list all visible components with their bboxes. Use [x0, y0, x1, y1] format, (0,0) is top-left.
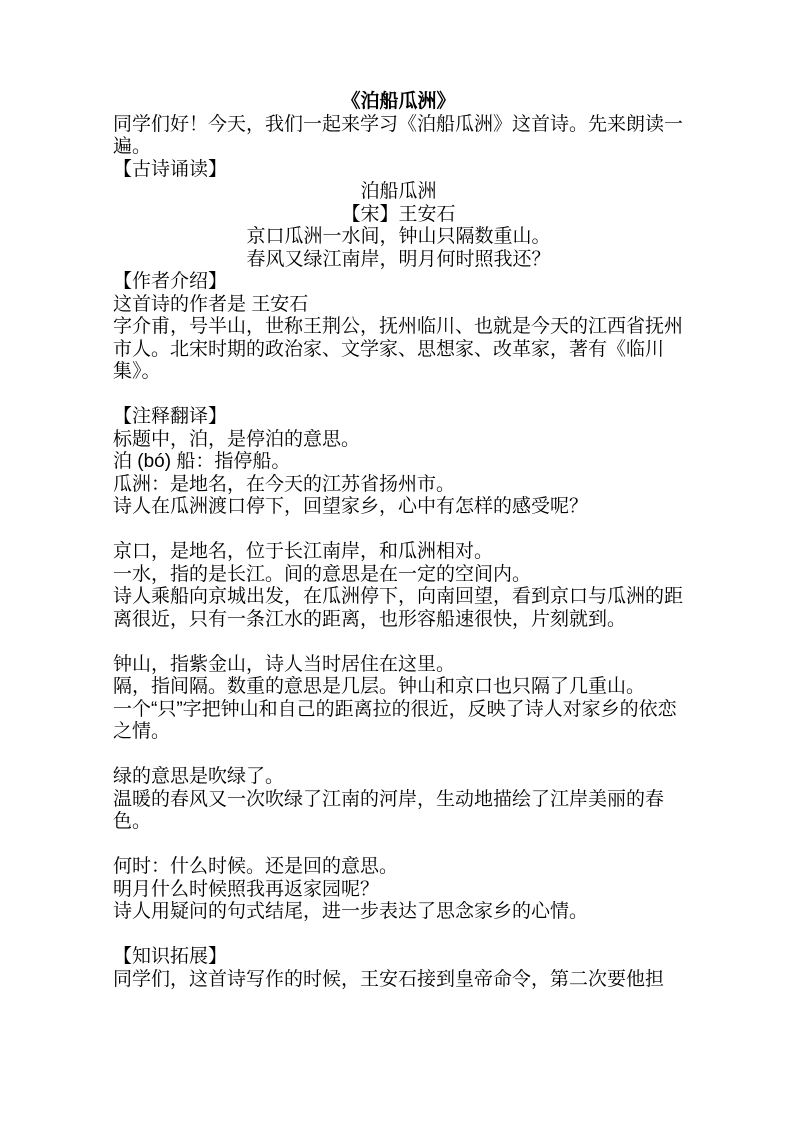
author-intro-paragraph: 字介甫，号半山，世称王荆公，抚州临川、也就是今天的江西省抚州市人。北宋时期的政治…: [113, 316, 684, 384]
annotation-paragraph: 诗人在瓜洲渡口停下，回望家乡，心中有怎样的感受呢？: [113, 496, 684, 519]
annotation-paragraph: 诗人乘船向京城出发，在瓜洲停下，向南回望，看到京口与瓜洲的距离很近，只有一条江水…: [113, 586, 684, 631]
section-heading-author-intro: 【作者介绍】: [113, 271, 684, 294]
poem-author: 【宋】王安石: [113, 204, 684, 227]
section-heading-recitation: 【古诗诵读】: [113, 159, 684, 182]
poem-line-2: 春风又绿江南岸，明月何时照我还？: [113, 249, 684, 272]
annotation-paragraph: 隔，指间隔。数重的意思是几层。钟山和京口也只隔了几重山。: [113, 676, 684, 699]
blank-line: [113, 384, 684, 407]
blank-line: [113, 519, 684, 542]
annotation-paragraph: 诗人用疑问的句式结尾，进一步表达了思念家乡的心情。: [113, 901, 684, 924]
section-heading-extension: 【知识拓展】: [113, 946, 684, 969]
author-intro-paragraph: 这首诗的作者是 王安石: [113, 294, 684, 317]
blank-line: [113, 834, 684, 857]
annotation-paragraph: 一个“只”字把钟山和自己的距离拉的很近，反映了诗人对家乡的依恋之情。: [113, 699, 684, 744]
annotation-paragraph: 瓜洲：是地名，在今天的江苏省扬州市。: [113, 474, 684, 497]
intro-paragraph: 同学们好！今天，我们一起来学习《泊船瓜洲》这首诗。先来朗读一遍。: [113, 114, 684, 159]
blank-line: [113, 924, 684, 947]
annotation-paragraph: 一水，指的是长江。间的意思是在一定的空间内。: [113, 564, 684, 587]
annotation-paragraph: 钟山，指紫金山，诗人当时居住在这里。: [113, 654, 684, 677]
annotation-paragraph: 绿的意思是吹绿了。: [113, 766, 684, 789]
extension-paragraph: 同学们，这首诗写作的时候，王安石接到皇帝命令，第二次要他担: [113, 969, 684, 992]
annotation-paragraph: 标题中，泊，是停泊的意思。: [113, 429, 684, 452]
section-heading-annotations: 【注释翻译】: [113, 406, 684, 429]
poem-line-1: 京口瓜洲一水间，钟山只隔数重山。: [113, 226, 684, 249]
poem-title: 泊船瓜洲: [113, 181, 684, 204]
annotation-paragraph: 京口，是地名，位于长江南岸，和瓜洲相对。: [113, 541, 684, 564]
document-title: 《泊船瓜洲》: [113, 91, 684, 114]
annotation-paragraph: 何时：什么时候。还是回的意思。: [113, 856, 684, 879]
document-content: 《泊船瓜洲》 同学们好！今天，我们一起来学习《泊船瓜洲》这首诗。先来朗读一遍。 …: [113, 91, 684, 991]
blank-line: [113, 631, 684, 654]
document-page: 《泊船瓜洲》 同学们好！今天，我们一起来学习《泊船瓜洲》这首诗。先来朗读一遍。 …: [0, 0, 794, 1123]
annotation-paragraph: 明月什么时候照我再返家园呢？: [113, 879, 684, 902]
annotation-paragraph: 泊 (bó) 船：指停船。: [113, 451, 684, 474]
blank-line: [113, 744, 684, 767]
annotation-paragraph: 温暖的春风又一次吹绿了江南的河岸，生动地描绘了江岸美丽的春色。: [113, 789, 684, 834]
